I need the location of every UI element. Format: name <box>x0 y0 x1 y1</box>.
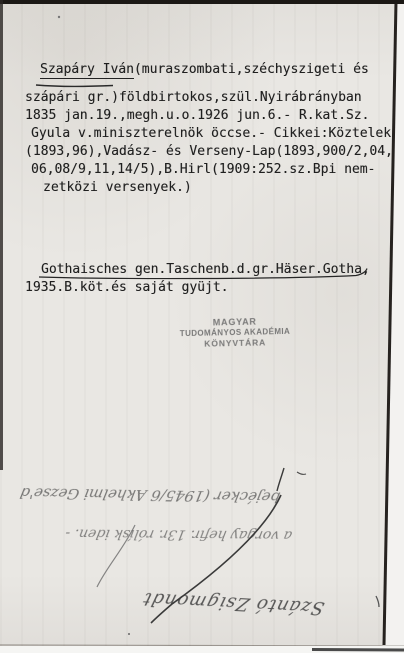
card-edge-right <box>384 1 396 645</box>
card-edge-left <box>0 0 3 470</box>
entry-heading-line: Szapáry Iván(muraszombati,széchyszigeti … <box>40 62 369 78</box>
entry-line: 06,08/9,11,14/5),B.Hirl(1909:252.sz.Bpi … <box>31 162 375 178</box>
card-edge-bottom <box>0 645 404 646</box>
entry-line: szápári gr.)földbirtokos,szül.Nyirábrány… <box>25 90 362 106</box>
entry-line: zetközi versenyek.) <box>43 180 192 196</box>
pen-stroke <box>297 472 306 474</box>
scan-edge-shadow <box>312 650 404 651</box>
speck <box>128 633 130 635</box>
scan-background-bottom <box>0 646 404 653</box>
entry-heading: Szapáry Iván <box>40 62 134 79</box>
library-stamp: MAGYAR TUDOMÁNYOS AKADÉMIA KÖNYVTÁRA <box>158 315 313 350</box>
handwritten-note-1: bejécker (1945/6 Akhelmi Gezse'd <box>12 484 281 507</box>
card-edge-top <box>0 0 404 4</box>
entry-line: 1835 jan.19.,megh.u.o.1926 jun.6.- R.kat… <box>25 108 369 124</box>
entry-line: (1893,96),Vadász- és Verseny-Lap(1893,90… <box>25 144 393 160</box>
source-heading-rest: , <box>362 262 370 277</box>
source-heading-line: Gothaisches gen.Taschenb.d.gr.Häser.Goth… <box>41 262 370 278</box>
entry-line: Gyula v.miniszterelnök öccse.- Cikkei:Kö… <box>31 126 391 142</box>
catalog-card-scan: Szapáry Iván(muraszombati,széchyszigeti … <box>0 0 404 653</box>
source-heading: Gothaisches gen.Taschenb.d.gr.Häser.Goth… <box>41 262 362 277</box>
handwritten-signature: Szántó Zsigmondt <box>145 589 326 619</box>
speck <box>58 16 60 18</box>
scan-background-right <box>383 0 404 646</box>
handwritten-note-2: a vorgay hefir. 13r. rólísk iden. - <box>9 525 294 543</box>
source-line: 1935.B.köt.és saját gyüjt. <box>25 280 229 296</box>
stray-mark <box>376 596 379 607</box>
heading-double-underline <box>36 85 113 86</box>
entry-heading-rest: (muraszombati,széchyszigeti és <box>134 62 369 77</box>
